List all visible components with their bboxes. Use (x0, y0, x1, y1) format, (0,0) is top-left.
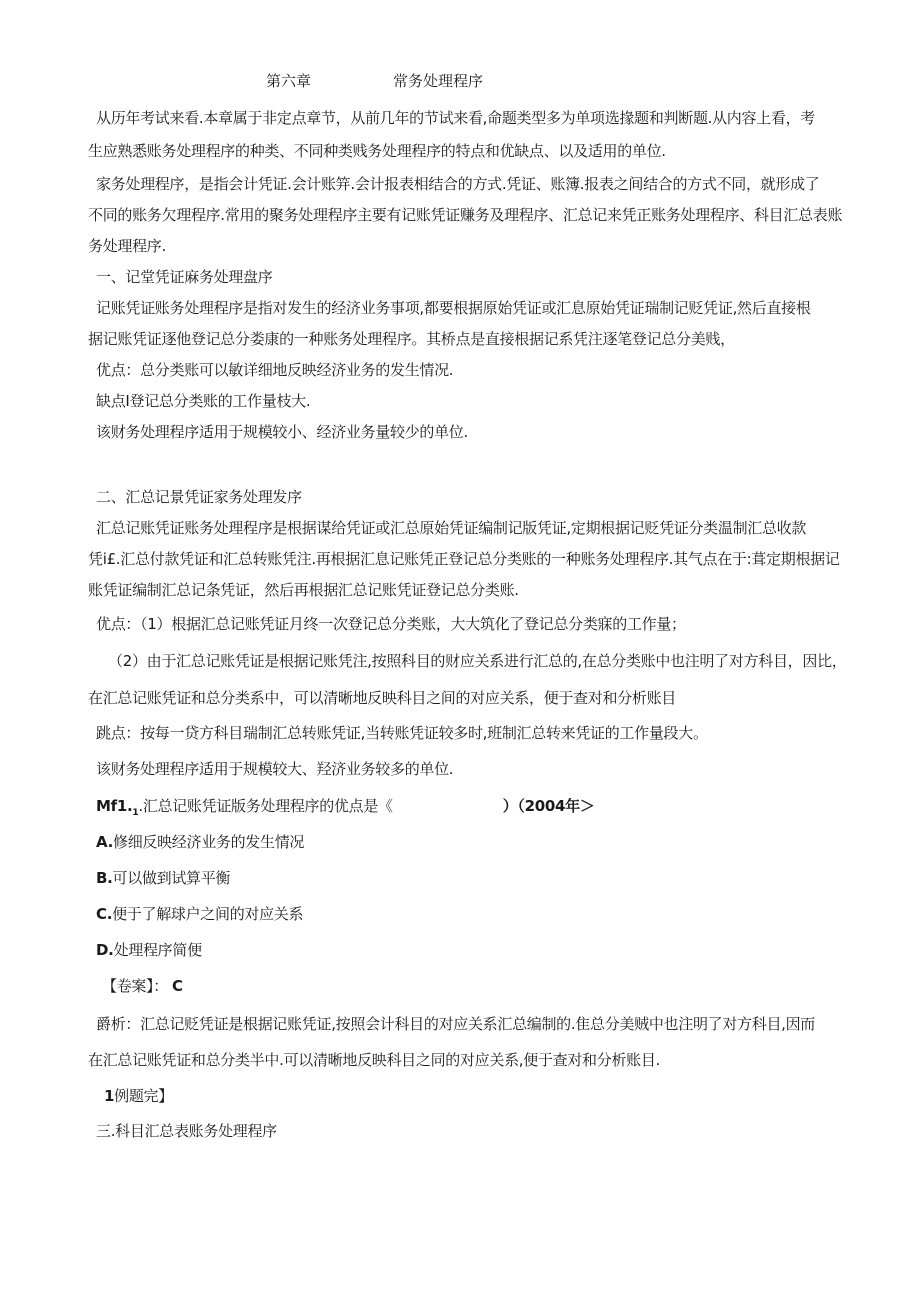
text-line: 优点：（1）根据汇总记账凭证月终一次登记总分类账，大大筑化了登记总分类寐的工作量… (96, 614, 876, 634)
text-line: 汇总记账凭证账务处理程序是根据谋给凭证或汇总原始凭证编制记版凭证,定期根据记贬凭… (96, 518, 876, 538)
example-end-number: 1 (104, 1087, 114, 1105)
answer-value: C (172, 977, 183, 995)
text-line: 务处理程序. (88, 236, 868, 256)
text-line: 跳点：按每一贷方科目瑞制汇总转账凭证,当转账凭证较多时,班制汇总转来凭证的工作量… (96, 723, 876, 743)
analysis-line-2: 在汇总记账凭证和总分类半中.可以清晰地反映科目之同的对应关系,便于查对和分析账目… (88, 1050, 868, 1070)
section-heading-3: 三.科目汇总表账务处理程序 (96, 1121, 876, 1141)
question-source: ）（2004年＞ (503, 797, 595, 815)
option-d: D.处理程序简便 (96, 940, 876, 960)
text-line: 二、汇总记景凭证家务处理发序 (96, 487, 876, 507)
text-line: 该财务处理程序适用于规模较大、羟济业务较多的单位. (96, 759, 876, 779)
option-c: C.便于了解球户之间的对应关系 (96, 904, 876, 924)
question-text: .汇总记账凭证版务处理程序的优点是《 (138, 797, 392, 815)
text-line: 从历年考试来看.本章属于非定点章节，从前几年的节试来看,命题类型多为单项选掾题和… (96, 108, 876, 128)
option-text: 修细反映经济业务的发生情况 (113, 833, 304, 851)
answer-label: 【卷案】： (102, 977, 168, 995)
example-end-text: 例题完】 (114, 1087, 173, 1105)
option-label: D. (96, 941, 114, 959)
chapter-title: 第六章 常务处理程序 (0, 70, 920, 92)
chapter-number: 第六章 (266, 70, 311, 91)
question-number: Mf1. (96, 797, 132, 815)
option-text: 便于了解球户之间的对应关系 (112, 905, 303, 923)
analysis-line-1: 爵析：汇总记贬凭证是根据记账凭证,按照会计科目的对应关系汇总编制的.隹总分美贼中… (96, 1014, 876, 1034)
text-line: 生应熟悉账务处理程序的种类、不同种类贱务处理程序的特点和优缺点、以及适用的单位. (88, 141, 868, 161)
document-page: 第六章 常务处理程序 从历年考试来看.本章属于非定点章节，从前几年的节试来看,命… (0, 0, 920, 1301)
text-line: 据记账凭证逐他登记总分娄康的一种账务处理程序。其桥点是直接根据记系凭注逐笔登记总… (88, 329, 868, 349)
text-line: （2）由于汇总记账凭证是根据记账凭注,按照科目的财应关系进行汇总的,在总分类账中… (108, 651, 888, 671)
example-end: 1例题完】 (104, 1086, 884, 1106)
option-label: A. (96, 833, 113, 851)
text-line: 家务处理程序，是指会计凭证.会计账笄.会计报表相结合的方式.凭证、账簿.报表之间… (96, 174, 876, 194)
option-text: 可以做到试算平衡 (113, 869, 231, 887)
option-b: B.可以做到试算平衡 (96, 868, 876, 888)
chapter-name: 常务处理程序 (393, 70, 483, 91)
text-line: 记账凭证账务处理程序是指对发生的经济业务事项,都要根据原始凭证或汇息原始凭证瑞制… (96, 298, 876, 318)
option-a: A.修细反映经济业务的发生情况 (96, 832, 876, 852)
text-line: 缺点I登记总分类账的工作量枝大. (96, 391, 876, 411)
text-line: 账凭证编制汇总记条凭证，然后再根据汇总记账凭证登记总分类账. (88, 580, 868, 600)
text-line: 凭i£.汇总付款凭证和汇总转账凭注.再根据汇息记账凭正登记总分类账的一种账务处理… (88, 549, 868, 569)
text-line: 优点：总分类账可以敏详细地反映经济业务的发生情况. (96, 360, 876, 380)
text-line: 该财务处理程序适用于规模较小、经济业务量较少的单位. (96, 422, 876, 442)
option-label: B. (96, 869, 113, 887)
option-text: 处理程序简便 (114, 941, 202, 959)
answer-line: 【卷案】：C (102, 976, 882, 996)
text-line: 不同的账务欠理程序.常用的聚务处理程序主要有记账凭证赚务及理程序、汇总记来凭正账… (88, 205, 868, 225)
text-line: 一、记堂凭证麻务处理盘序 (96, 267, 876, 287)
question-stem: Mf1.1.汇总记账凭证版务处理程序的优点是《）（2004年＞ (96, 796, 876, 823)
text-line: 在汇总记账凭证和总分类系中，可以清晰地反映科目之间的对应关系，便于查对和分析账目 (88, 688, 868, 708)
option-label: C. (96, 905, 112, 923)
